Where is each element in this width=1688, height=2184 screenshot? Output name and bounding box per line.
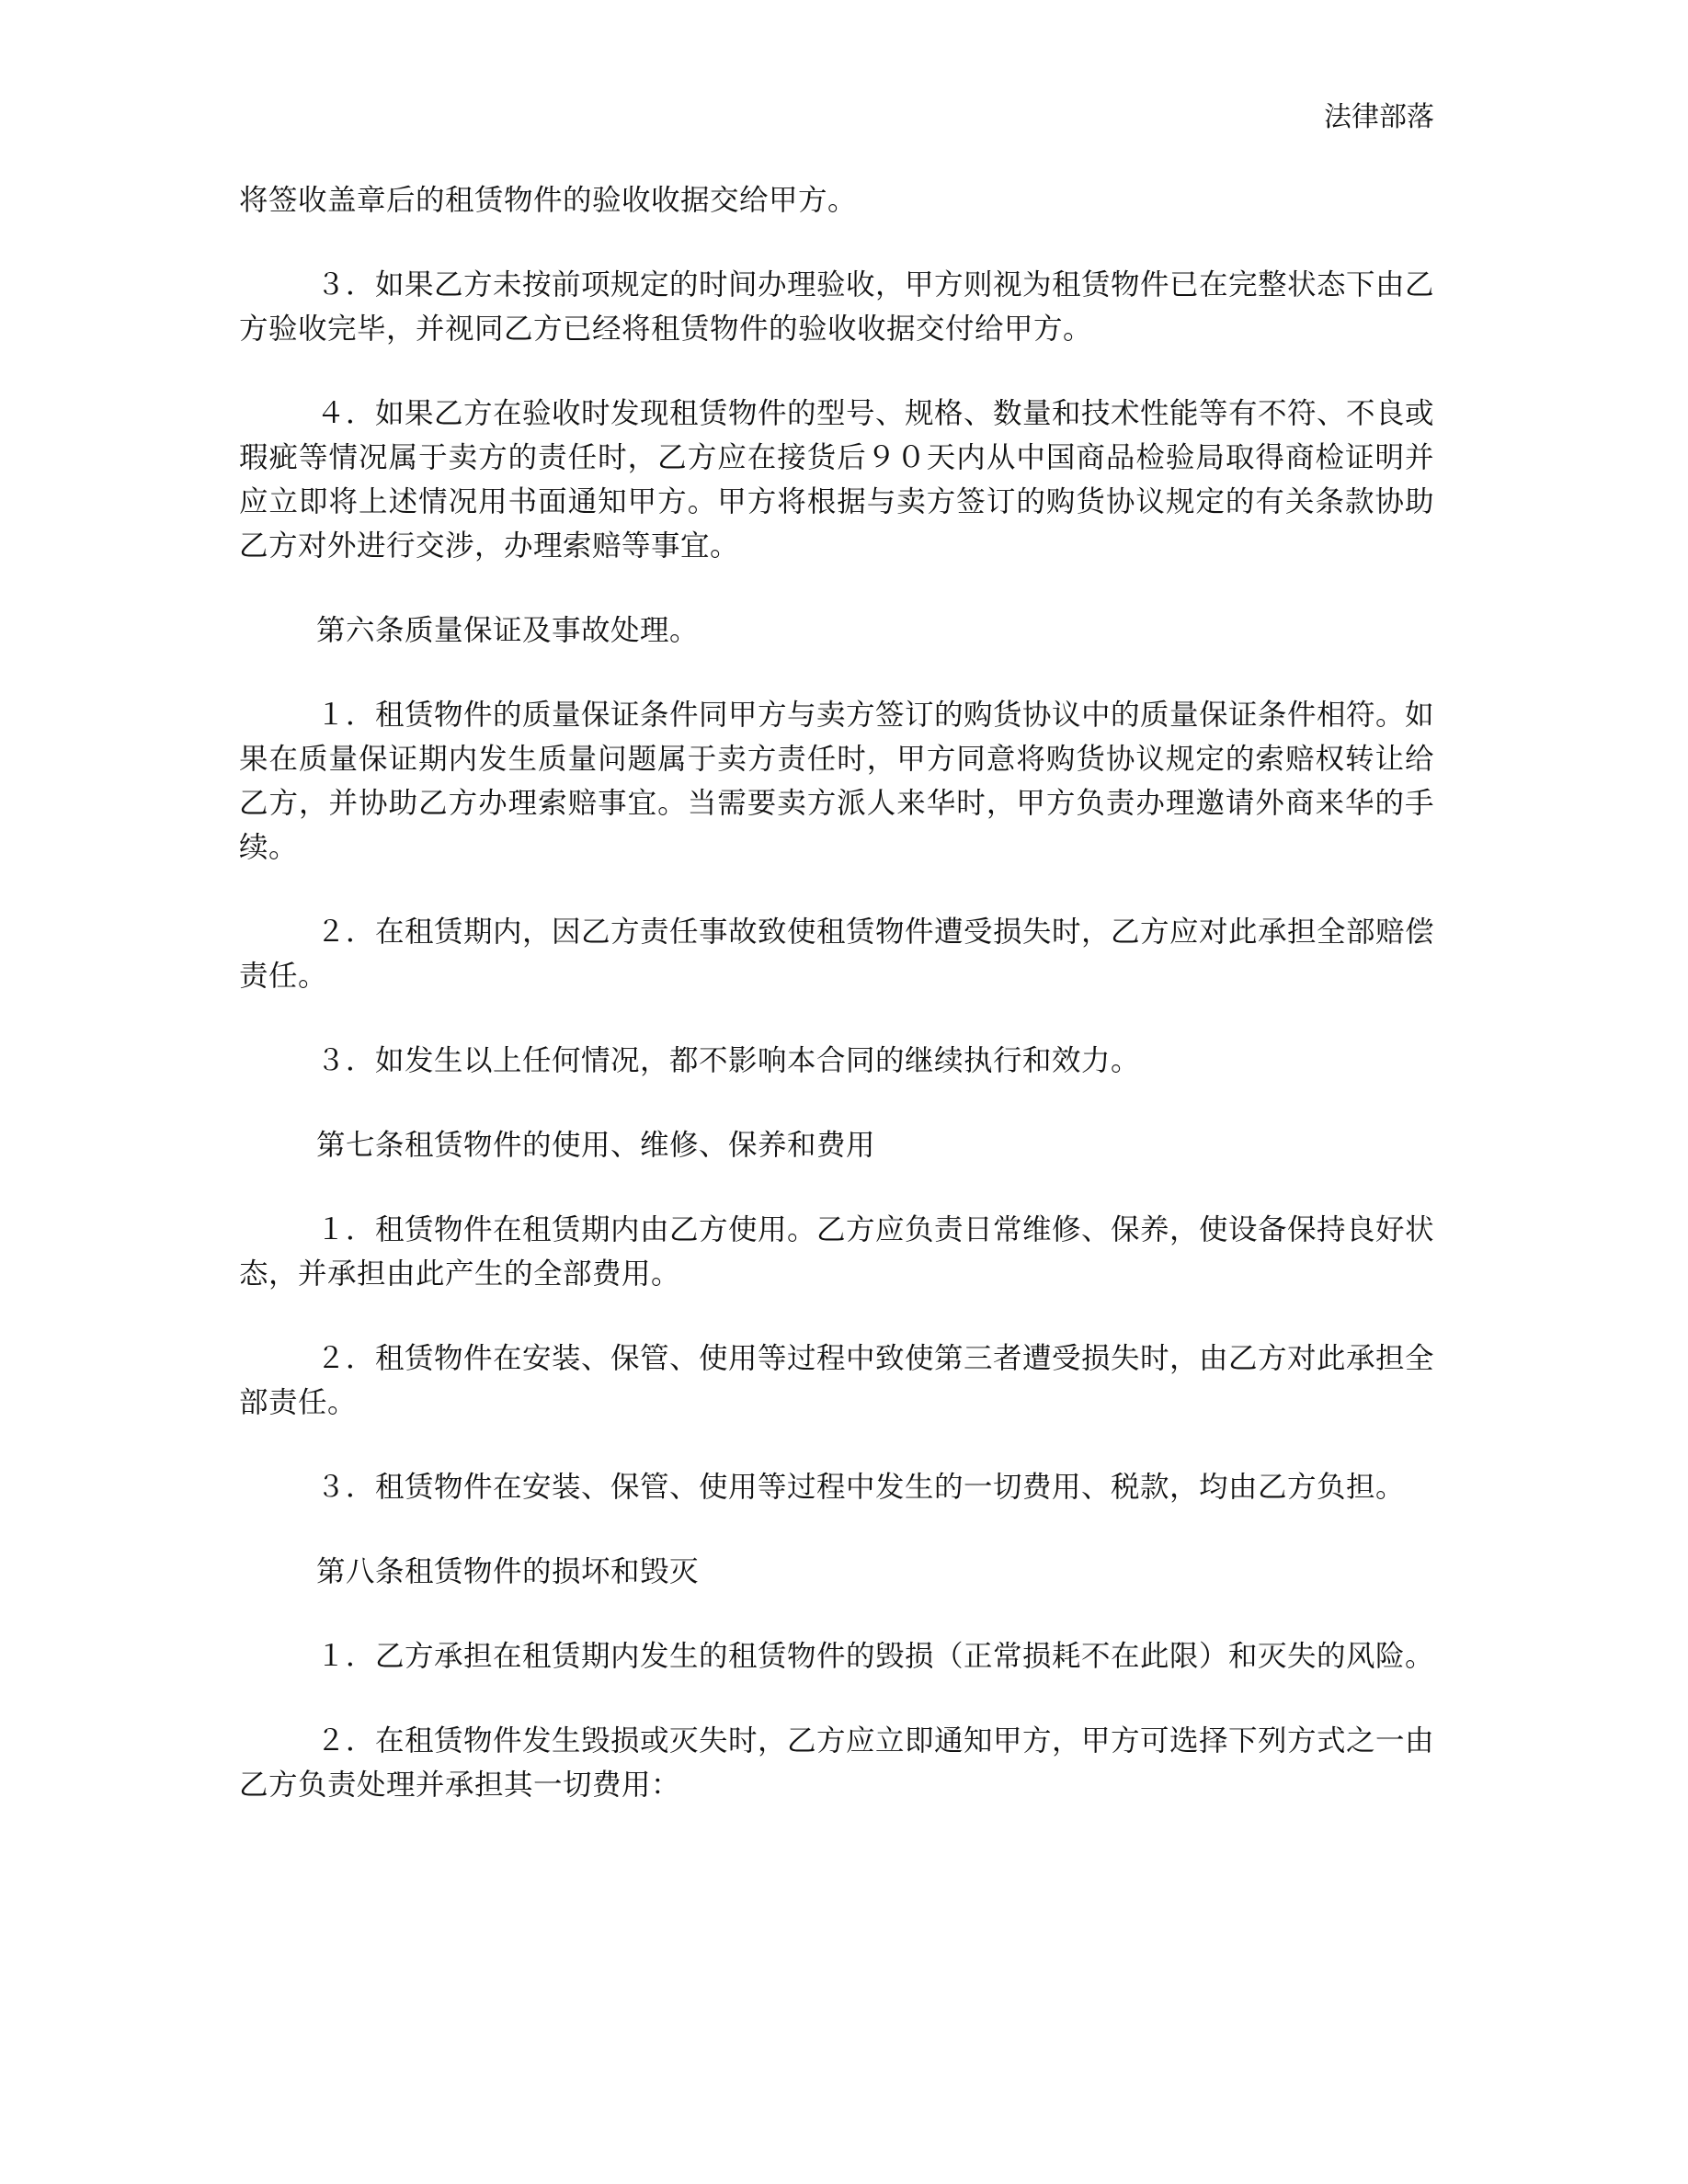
clause-6-2: ２．在租赁期内，因乙方责任事故致使租赁物件遭受损失时，乙方应对此承担全部赔偿责任… (239, 910, 1434, 998)
clause-6-3: ３．如发生以上任何情况，都不影响本合同的继续执行和效力。 (239, 1039, 1434, 1083)
clause-7-2: ２．租赁物件在安装、保管、使用等过程中致使第三者遭受损失时，由乙方对此承担全部责… (239, 1337, 1434, 1425)
document-page: 法律部落 将签收盖章后的租赁物件的验收收据交给甲方。 ３．如果乙方未按前项规定的… (0, 0, 1688, 2184)
clause-7-1: １．租赁物件在租赁期内由乙方使用。乙方应负责日常维修、保养，使设备保持良好状态，… (239, 1208, 1434, 1296)
article-8-heading: 第八条租赁物件的损坏和毁灭 (239, 1550, 1434, 1594)
clause-6-1: １．租赁物件的质量保证条件同甲方与卖方签订的购货协议中的质量保证条件相符。如果在… (239, 693, 1434, 870)
article-6-heading: 第六条质量保证及事故处理。 (239, 609, 1434, 653)
document-body: 将签收盖章后的租赁物件的验收收据交给甲方。 ３．如果乙方未按前项规定的时间办理验… (239, 178, 1434, 1848)
clause-7-3: ３．租赁物件在安装、保管、使用等过程中发生的一切费用、税款，均由乙方负担。 (239, 1465, 1434, 1509)
clause-5-4: ４．如果乙方在验收时发现租赁物件的型号、规格、数量和技术性能等有不符、不良或瑕疵… (239, 392, 1434, 568)
page-header: 法律部落 (1324, 97, 1434, 138)
article-7-heading: 第七条租赁物件的使用、维修、保养和费用 (239, 1123, 1434, 1167)
clause-5-3: ３．如果乙方未按前项规定的时间办理验收，甲方则视为租赁物件已在完整状态下由乙方验… (239, 263, 1434, 351)
paragraph-continuation: 将签收盖章后的租赁物件的验收收据交给甲方。 (239, 178, 1434, 222)
clause-8-2: ２．在租赁物件发生毁损或灭失时，乙方应立即通知甲方，甲方可选择下列方式之一由乙方… (239, 1719, 1434, 1807)
clause-8-1: １．乙方承担在租赁期内发生的租赁物件的毁损（正常损耗不在此限）和灭失的风险。 (239, 1634, 1434, 1678)
